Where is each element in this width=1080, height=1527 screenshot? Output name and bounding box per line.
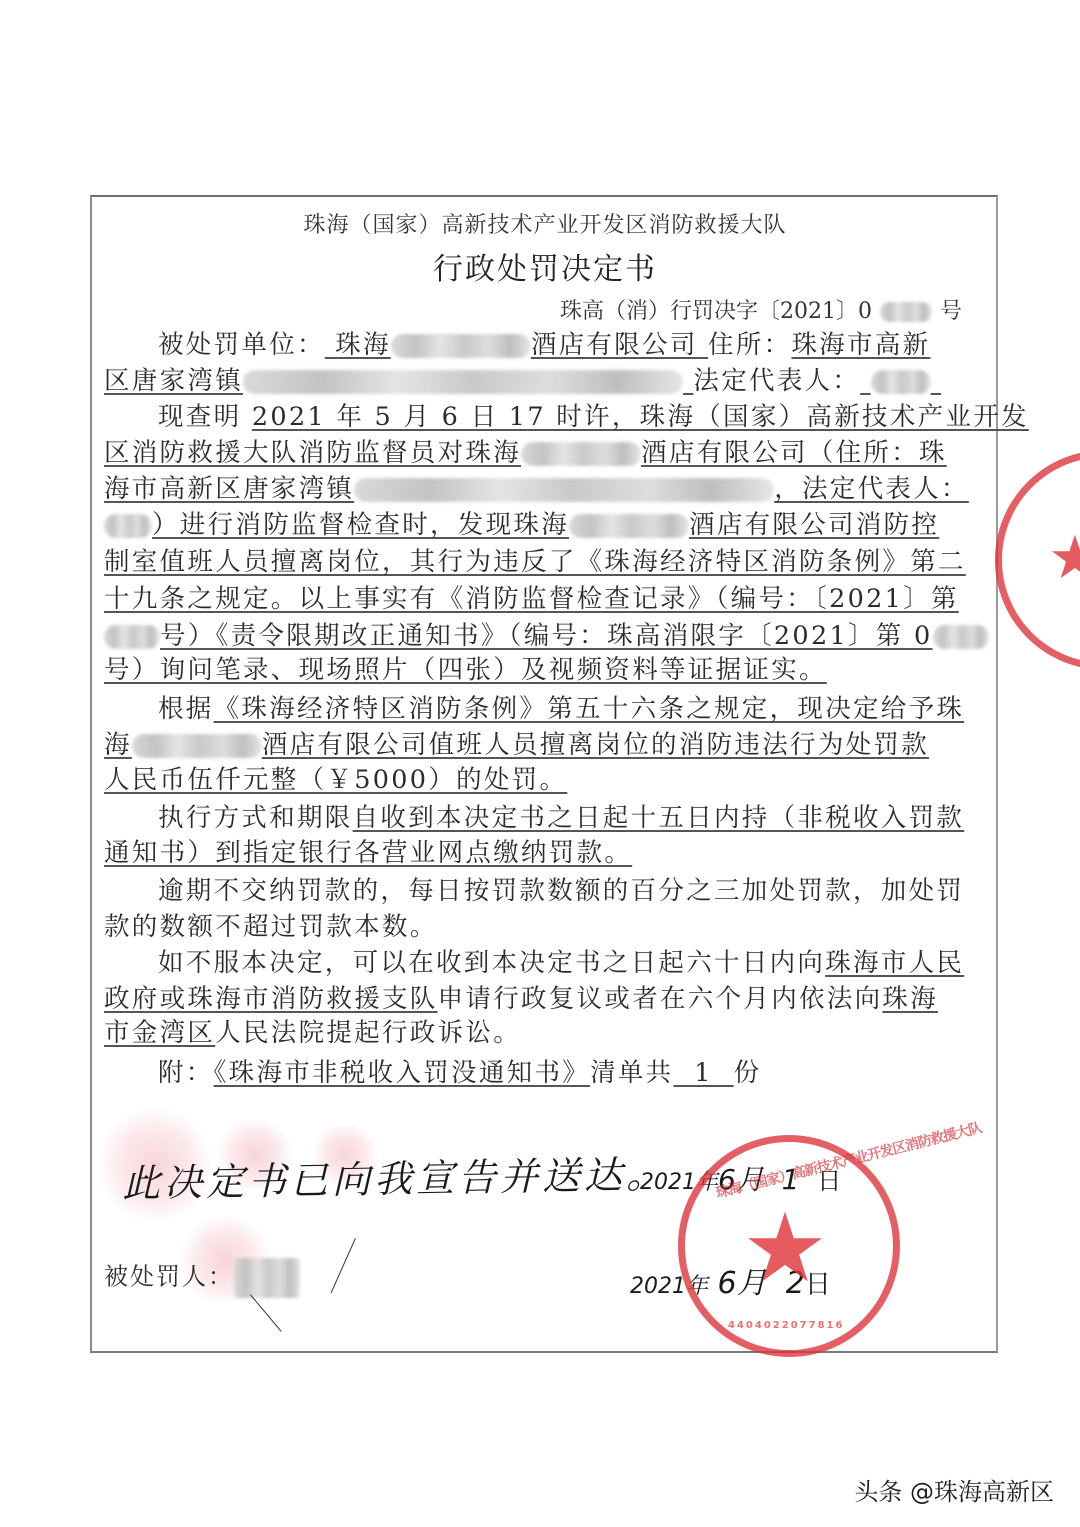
redacted-signature xyxy=(234,1258,300,1298)
redacted-legal-rep xyxy=(871,370,931,394)
redacted-name xyxy=(391,334,531,358)
body-line-18: 如不服本决定，可以在收到本决定书之日起六十日内向珠海市人民 xyxy=(104,946,992,980)
redacted-number xyxy=(104,625,160,649)
redacted-legal-rep xyxy=(104,514,152,538)
seal-star-icon: ★ xyxy=(1048,528,1080,588)
redacted-number xyxy=(933,625,989,649)
body-line-11: 根据《珠海经济特区消防条例》第五十六条之规定，现决定给予珠 xyxy=(104,692,992,726)
legal-rep-label: 法定代表人： xyxy=(693,366,860,396)
source-watermark: 头条 @珠海高新区 xyxy=(854,1472,1054,1507)
body-line-3: 现查明 2021 年 5 月 6 日 17 时许，珠海（国家）高新技术产业开发 xyxy=(104,400,992,434)
document-number: 珠高（消）行罚决字〔2021〕0号 xyxy=(560,294,962,325)
issuing-agency: 珠海（国家）高新技术产业开发区消防救援大队 xyxy=(90,208,1000,239)
body-line-15: 通知书）到指定银行各营业网点缴纳罚款。 xyxy=(104,836,992,870)
document-number-prefix: 珠高（消）行罚决字〔2021〕0 xyxy=(560,299,872,324)
penalized-person-label: 被处罚人： xyxy=(104,1263,234,1291)
body-line-12: 海酒店有限公司值班人员擅离岗位的消防违法行为处罚款 xyxy=(104,728,992,762)
legal-rep-value xyxy=(860,366,941,396)
body-line-16: 逾期不交纳罚款的，每日按罚款数额的百分之三加处罚款，加处罚 xyxy=(104,874,992,908)
address-value: 珠海市高新 xyxy=(791,330,930,360)
penalized-entity-name: 珠海酒店有限公司 xyxy=(325,330,708,360)
redacted-address xyxy=(354,478,774,502)
redacted-name xyxy=(569,514,689,538)
body-line-14: 执行方式和期限自收到本决定书之日起十五日内持（非税收入罚款 xyxy=(104,801,992,835)
body-line-9: 号）《责令限期改正通知书》（编号：珠高消限字〔2021〕第 0 xyxy=(104,619,992,653)
address-value-cont: 区唐家湾镇 xyxy=(104,366,693,396)
body-line-8: 十九条之规定。以上事实有《消防监督检查记录》（编号：〔2021〕第 xyxy=(104,582,992,616)
attachment-count: 1 xyxy=(673,1058,733,1088)
seal-star-icon: ★ xyxy=(742,1200,828,1296)
address-label: 住所： xyxy=(708,330,791,360)
redacted-number xyxy=(880,302,932,322)
attachment-name: 《珠海市非税收入罚没通知书》 xyxy=(214,1058,590,1088)
body-line-13: 人民币伍仟元整（￥5000）的处罚。 xyxy=(104,763,992,797)
handwritten-acknowledgement: 此决定书已向我宣告并送达。 xyxy=(122,1143,669,1208)
body-line-1: 被处罚单位： 珠海酒店有限公司 住所：珠海市高新 xyxy=(104,328,992,362)
body-line-7: 制室值班人员擅离岗位，其行为违反了《珠海经济特区消防条例》第二 xyxy=(104,545,992,579)
redacted-name xyxy=(132,734,262,758)
body-line-19: 政府或珠海市消防救援支队申请行政复议或者在六个月内依法向珠海 xyxy=(104,982,992,1016)
body-line-21: 附：《珠海市非税收入罚没通知书》清单共 1 份 xyxy=(104,1056,992,1090)
body-line-4: 区消防救援大队消防监督员对珠海酒店有限公司（住所：珠 xyxy=(104,436,992,470)
seal-number: 4404022077816 xyxy=(728,1320,844,1331)
body-line-10: 号）询问笔录、现场照片（四张）及视频资料等证据证实。 xyxy=(104,653,992,687)
body-line-2: 区唐家湾镇 法定代表人： xyxy=(104,364,992,398)
document-number-suffix: 号 xyxy=(940,299,962,324)
redacted-address xyxy=(243,370,683,394)
penalized-entity-label: 被处罚单位： xyxy=(104,330,325,360)
redacted-name xyxy=(521,442,641,466)
fine-amount: 人民币伍仟元整（￥5000）的处罚。 xyxy=(104,765,567,795)
body-line-5: 海市高新区唐家湾镇，法定代表人： xyxy=(104,472,992,506)
body-line-17: 款的数额不超过罚款本数。 xyxy=(104,910,992,944)
body-line-20: 市金湾区人民法院提起行政诉讼。 xyxy=(104,1016,992,1050)
document-title: 行政处罚决定书 xyxy=(90,244,1000,288)
finding-details: 2021 年 5 月 6 日 17 时许，珠海（国家）高新技术产业开发 xyxy=(252,402,1029,432)
body-line-6: ）进行消防监督检查时，发现珠海酒店有限公司消防控 xyxy=(104,508,992,542)
